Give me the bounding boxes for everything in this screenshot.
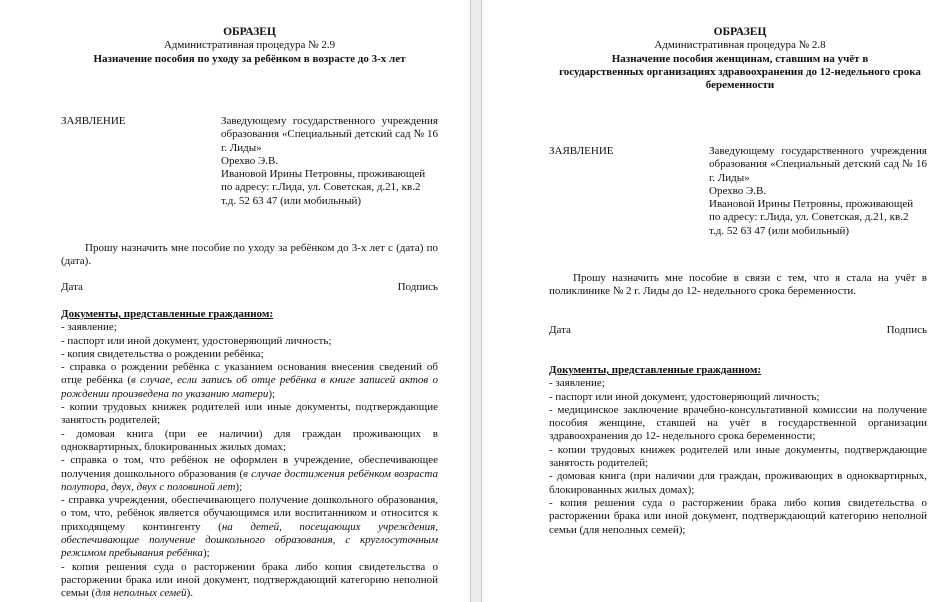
document-item: - медицинское заключение врачебно-консул…: [549, 404, 927, 444]
document-item: - копии трудовых книжек родителей или ин…: [61, 401, 438, 428]
statement-label: ЗАЯВЛЕНИЕ: [61, 115, 126, 128]
document-item: - справка о том, что ребёнок не оформлен…: [61, 454, 438, 494]
documents-title: Документы, представленные гражданном:: [549, 364, 927, 377]
page-separator: [470, 0, 482, 602]
document-item-note: для неполных семей: [95, 587, 186, 599]
applicant-address: по адресу: г.Лида, ул. Советская, д.21, …: [221, 181, 438, 194]
applicant-address: по адресу: г.Лида, ул. Советская, д.21, …: [709, 211, 927, 224]
statement-label: ЗАЯВЛЕНИЕ: [549, 145, 614, 158]
document-item: - паспорт или иной документ, удостоверяю…: [549, 391, 927, 404]
document-item: - справка о рождении ребёнка с указанием…: [61, 361, 438, 401]
document-item: - заявление;: [61, 321, 438, 334]
date-label: Дата: [549, 324, 571, 337]
addressee-institution: Заведующему государственного учреждения …: [221, 115, 438, 155]
addressee: Заведующему государственного учреждения …: [221, 115, 438, 208]
addressee-head: Орехво Э.В.: [709, 185, 927, 198]
statement-block: ЗАЯВЛЕНИЕ Заведующему государственного у…: [549, 145, 927, 238]
documents-section: Документы, представленные гражданном: - …: [549, 364, 927, 537]
document-item: - копия решения суда о расторжении брака…: [549, 497, 927, 537]
documents-title: Документы, представленные гражданном:: [61, 308, 438, 321]
document-item: - заявление;: [549, 377, 927, 390]
signature-label: Подпись: [887, 324, 927, 337]
applicant-phone: т.д. 52 63 47 (или мобильный): [221, 195, 438, 208]
procedure-title-line1: Назначение пособия женщинам, ставшим на …: [530, 53, 950, 66]
document-item: - копии трудовых книжек родителей или ин…: [549, 444, 927, 471]
document-item-note: на детей, посещающих учреждения, обеспеч…: [61, 521, 438, 560]
document-item: - паспорт или иной документ, удостоверяю…: [61, 335, 438, 348]
addressee-head: Орехво Э.В.: [221, 155, 438, 168]
addressee-institution: Заведующему государственного учреждения …: [709, 145, 927, 185]
statement-block: ЗАЯВЛЕНИЕ Заведующему государственного у…: [61, 115, 438, 208]
document-item: - домовая книга (при ее наличии) для гра…: [61, 428, 438, 455]
request-text: Прошу назначить мне пособие по уходу за …: [61, 242, 438, 269]
procedure-number: Административная процедура № 2.9: [61, 39, 438, 52]
procedure-number: Административная процедура № 2.8: [530, 39, 950, 52]
documents-section: Документы, представленные гражданном: - …: [61, 308, 438, 601]
addressee: Заведующему государственного учреждения …: [709, 145, 927, 238]
documents-list: - заявление;- паспорт или иной документ,…: [61, 321, 438, 600]
applicant-phone: т.д. 52 63 47 (или мобильный): [709, 225, 927, 238]
procedure-title: Назначение пособия по уходу за ребёнком …: [61, 53, 438, 66]
document-item: - копия решения суда о расторжении брака…: [61, 561, 438, 601]
page-header: ОБРАЗЕЦ Административная процедура № 2.9…: [61, 26, 438, 66]
document-item-note: в случае, если запись об отце ребёнка в …: [61, 374, 438, 399]
sample-heading: ОБРАЗЕЦ: [61, 26, 438, 39]
signature-row: Дата Подпись: [549, 324, 951, 337]
procedure-title-line2: государственных организациях здравоохран…: [530, 66, 950, 93]
document-item: - копия свидетельства о рождении ребёнка…: [61, 348, 438, 361]
applicant-name: Ивановой Ирины Петровны, проживающей: [709, 198, 927, 211]
document-item-note: в случае достижения ребёнком возраста по…: [61, 468, 438, 493]
sample-heading: ОБРАЗЕЦ: [530, 26, 950, 39]
signature-label: Подпись: [398, 281, 438, 294]
document-page-right: ОБРАЗЕЦ Административная процедура № 2.8…: [482, 0, 951, 602]
documents-list: - заявление;- паспорт или иной документ,…: [549, 377, 927, 537]
request-text: Прошу назначить мне пособие в связи с те…: [549, 272, 927, 299]
page-header: ОБРАЗЕЦ Административная процедура № 2.8…: [530, 26, 950, 92]
document-item: - домовая книга (при наличии для граждан…: [549, 470, 927, 497]
applicant-name: Ивановой Ирины Петровны, проживающей: [221, 168, 438, 181]
date-label: Дата: [61, 281, 83, 294]
document-item: - справка учреждения, обеспечивающего по…: [61, 494, 438, 560]
signature-row: Дата Подпись: [61, 281, 475, 294]
document-page-left: ОБРАЗЕЦ Административная процедура № 2.9…: [0, 0, 470, 602]
